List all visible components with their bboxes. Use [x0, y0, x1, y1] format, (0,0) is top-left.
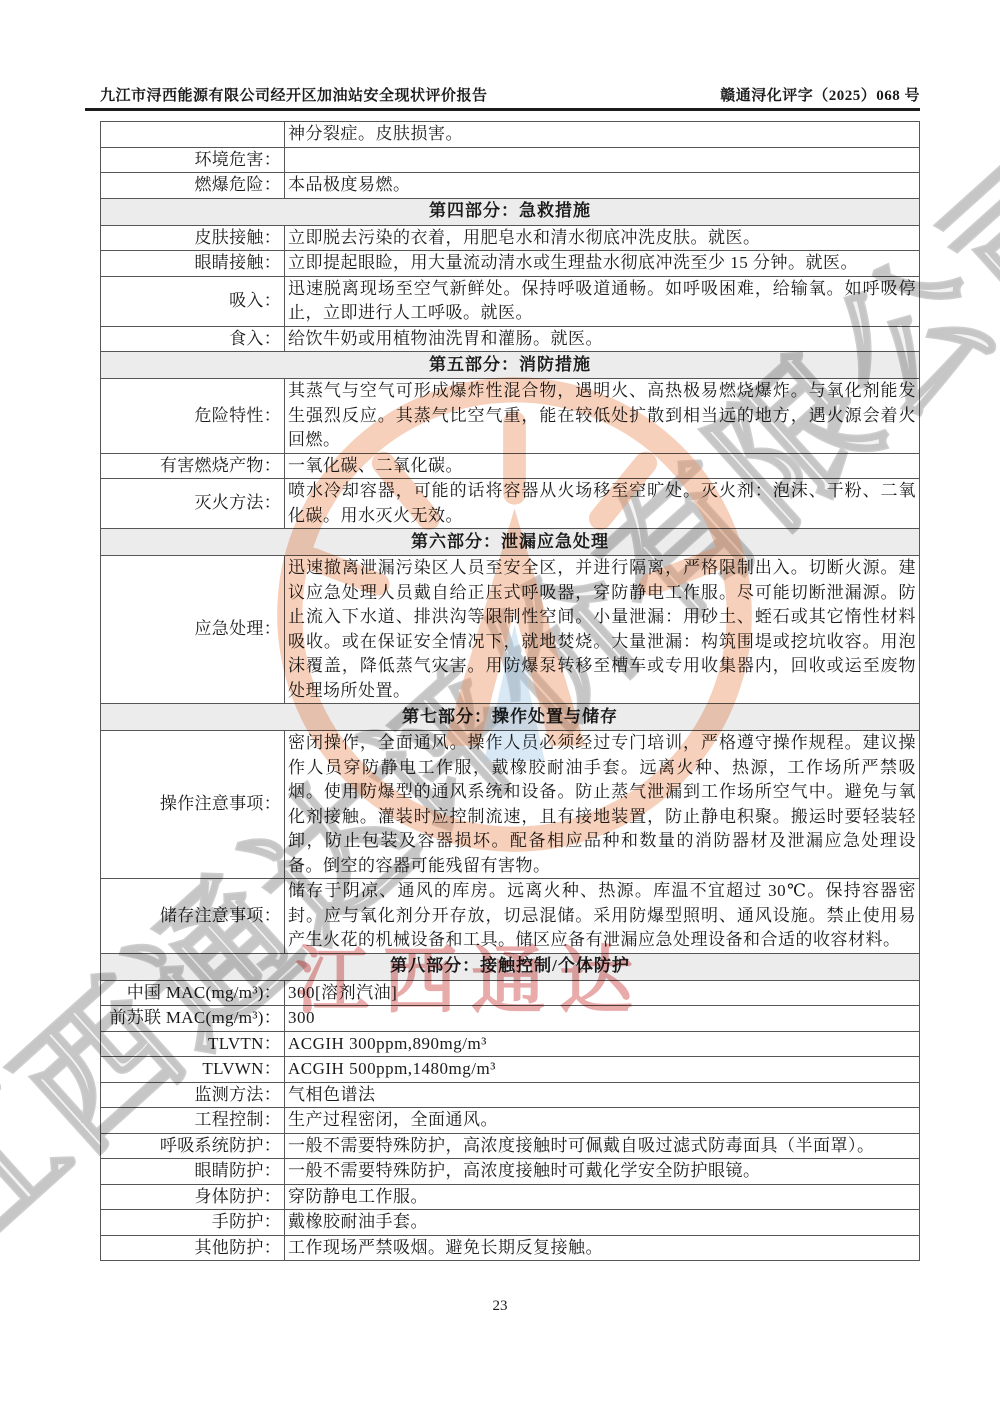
table-row: 眼睛防护： 一般不需要特殊防护，高浓度接触时可戴化学安全防护眼镜。	[101, 1159, 920, 1185]
row-value: 给饮牛奶或用植物油洗胃和灌肠。就医。	[285, 326, 920, 352]
row-value: 其蒸气与空气可形成爆炸性混合物，遇明火、高热极易燃烧爆炸。与氧化剂能发生强烈反应…	[285, 379, 920, 454]
row-value: 神分裂症。皮肤损害。	[285, 122, 920, 148]
table-row: 操作注意事项： 密闭操作，全面通风。操作人员必须经过专门培训，严格遵守操作规程。…	[101, 731, 920, 879]
table-row: 工程控制： 生产过程密闭，全面通风。	[101, 1108, 920, 1134]
table-row: 环境危害：	[101, 147, 920, 173]
row-value: 迅速撤离泄漏污染区人员至安全区，并进行隔离，严格限制出入。切断火源。建议应急处理…	[285, 556, 920, 704]
row-value	[285, 147, 920, 173]
row-label: 危险特性：	[101, 379, 285, 454]
table-row: TLVWN： ACGIH 500ppm,1480mg/m³	[101, 1057, 920, 1083]
table-row: 身体防护： 穿防静电工作服。	[101, 1184, 920, 1210]
row-label: 监测方法：	[101, 1082, 285, 1108]
section-header-row: 第五部分：消防措施	[101, 352, 920, 379]
row-label: 灭火方法：	[101, 479, 285, 529]
table-row: 中国 MAC(mg/m³)： 300[溶剂汽油]	[101, 980, 920, 1006]
table-row: 监测方法： 气相色谱法	[101, 1082, 920, 1108]
row-label: 中国 MAC(mg/m³)：	[101, 980, 285, 1006]
msds-safety-table: 神分裂症。皮肤损害。 环境危害： 燃爆危险： 本品极度易燃。 第四部分：急救措施…	[100, 121, 920, 1261]
doc-number: 赣通浔化评字（2025）068 号	[720, 84, 920, 105]
table-row: 神分裂症。皮肤损害。	[101, 122, 920, 148]
table-row: 皮肤接触： 立即脱去污染的衣着，用肥皂水和清水彻底冲洗皮肤。就医。	[101, 225, 920, 251]
row-label: TLVTN：	[101, 1031, 285, 1057]
row-label: 有害燃烧产物：	[101, 453, 285, 479]
table-row: 应急处理： 迅速撤离泄漏污染区人员至安全区，并进行隔离，严格限制出入。切断火源。…	[101, 556, 920, 704]
row-label: 眼睛接触：	[101, 251, 285, 277]
table-row: 灭火方法： 喷水冷却容器，可能的话将容器从火场移至空旷处。灭火剂：泡沫、干粉、二…	[101, 479, 920, 529]
row-label: TLVWN：	[101, 1057, 285, 1083]
row-value: 工作现场严禁吸烟。避免长期反复接触。	[285, 1235, 920, 1261]
row-value: 立即脱去污染的衣着，用肥皂水和清水彻底冲洗皮肤。就医。	[285, 225, 920, 251]
row-value: 喷水冷却容器，可能的话将容器从火场移至空旷处。灭火剂：泡沫、干粉、二氧化碳。用水…	[285, 479, 920, 529]
row-label: 环境危害：	[101, 147, 285, 173]
row-value: 密闭操作，全面通风。操作人员必须经过专门培训，严格遵守操作规程。建议操作人员穿防…	[285, 731, 920, 879]
row-label: 操作注意事项：	[101, 731, 285, 879]
row-value: 戴橡胶耐油手套。	[285, 1210, 920, 1236]
row-label: 手防护：	[101, 1210, 285, 1236]
section-header-row: 第八部分：接触控制/个体防护	[101, 953, 920, 980]
row-value: 一般不需要特殊防护，高浓度接触时可佩戴自吸过滤式防毒面具（半面罩）。	[285, 1133, 920, 1159]
row-label: 前苏联 MAC(mg/m³)：	[101, 1006, 285, 1032]
row-value: ACGIH 500ppm,1480mg/m³	[285, 1057, 920, 1083]
section-title: 第七部分：操作处置与储存	[101, 704, 920, 731]
row-label: 吸入：	[101, 276, 285, 326]
row-value: 迅速脱离现场至空气新鲜处。保持呼吸道通畅。如呼吸困难，给输氧。如呼吸停止，立即进…	[285, 276, 920, 326]
section-header-row: 第四部分：急救措施	[101, 198, 920, 225]
table-row: 其他防护： 工作现场严禁吸烟。避免长期反复接触。	[101, 1235, 920, 1261]
section-title: 第八部分：接触控制/个体防护	[101, 953, 920, 980]
row-label: 应急处理：	[101, 556, 285, 704]
row-label: 储存注意事项：	[101, 879, 285, 954]
row-label	[101, 122, 285, 148]
row-label: 燃爆危险：	[101, 173, 285, 199]
row-label: 呼吸系统防护：	[101, 1133, 285, 1159]
row-value: 一氧化碳、二氧化碳。	[285, 453, 920, 479]
row-value: 本品极度易燃。	[285, 173, 920, 199]
section-header-row: 第七部分：操作处置与储存	[101, 704, 920, 731]
row-label: 其他防护：	[101, 1235, 285, 1261]
row-value: ACGIH 300ppm,890mg/m³	[285, 1031, 920, 1057]
section-title: 第五部分：消防措施	[101, 352, 920, 379]
row-value: 储存于阴凉、通风的库房。远离火种、热源。库温不宜超过 30℃。保持容器密封。应与…	[285, 879, 920, 954]
table-row: 吸入： 迅速脱离现场至空气新鲜处。保持呼吸道通畅。如呼吸困难，给输氧。如呼吸停止…	[101, 276, 920, 326]
table-row: 储存注意事项： 储存于阴凉、通风的库房。远离火种、热源。库温不宜超过 30℃。保…	[101, 879, 920, 954]
table-row: 前苏联 MAC(mg/m³)： 300	[101, 1006, 920, 1032]
section-title: 第四部分：急救措施	[101, 198, 920, 225]
row-label: 皮肤接触：	[101, 225, 285, 251]
table-row: 呼吸系统防护： 一般不需要特殊防护，高浓度接触时可佩戴自吸过滤式防毒面具（半面罩…	[101, 1133, 920, 1159]
table-row: 眼睛接触： 立即提起眼睑，用大量流动清水或生理盐水彻底冲洗至少 15 分钟。就医…	[101, 251, 920, 277]
row-value: 生产过程密闭，全面通风。	[285, 1108, 920, 1134]
table-row: 燃爆危险： 本品极度易燃。	[101, 173, 920, 199]
header-rule	[85, 108, 920, 111]
row-label: 工程控制：	[101, 1108, 285, 1134]
row-label: 身体防护：	[101, 1184, 285, 1210]
report-title: 九江市浔西能源有限公司经开区加油站安全现状评价报告	[100, 84, 488, 105]
table-row: 有害燃烧产物： 一氧化碳、二氧化碳。	[101, 453, 920, 479]
row-value: 立即提起眼睑，用大量流动清水或生理盐水彻底冲洗至少 15 分钟。就医。	[285, 251, 920, 277]
table-row: TLVTN： ACGIH 300ppm,890mg/m³	[101, 1031, 920, 1057]
row-value: 300	[285, 1006, 920, 1032]
row-label: 食入：	[101, 326, 285, 352]
row-label: 眼睛防护：	[101, 1159, 285, 1185]
page-number: 23	[0, 1298, 1000, 1315]
page-header: 九江市浔西能源有限公司经开区加油站安全现状评价报告 赣通浔化评字（2025）06…	[100, 84, 920, 105]
row-value: 气相色谱法	[285, 1082, 920, 1108]
document-page: 九江市浔西能源有限公司经开区加油站安全现状评价报告 赣通浔化评字（2025）06…	[0, 0, 1000, 1414]
row-value: 穿防静电工作服。	[285, 1184, 920, 1210]
table-row: 危险特性： 其蒸气与空气可形成爆炸性混合物，遇明火、高热极易燃烧爆炸。与氧化剂能…	[101, 379, 920, 454]
row-value: 300[溶剂汽油]	[285, 980, 920, 1006]
table-row: 手防护： 戴橡胶耐油手套。	[101, 1210, 920, 1236]
row-value: 一般不需要特殊防护，高浓度接触时可戴化学安全防护眼镜。	[285, 1159, 920, 1185]
section-title: 第六部分：泄漏应急处理	[101, 529, 920, 556]
table-row: 食入： 给饮牛奶或用植物油洗胃和灌肠。就医。	[101, 326, 920, 352]
section-header-row: 第六部分：泄漏应急处理	[101, 529, 920, 556]
